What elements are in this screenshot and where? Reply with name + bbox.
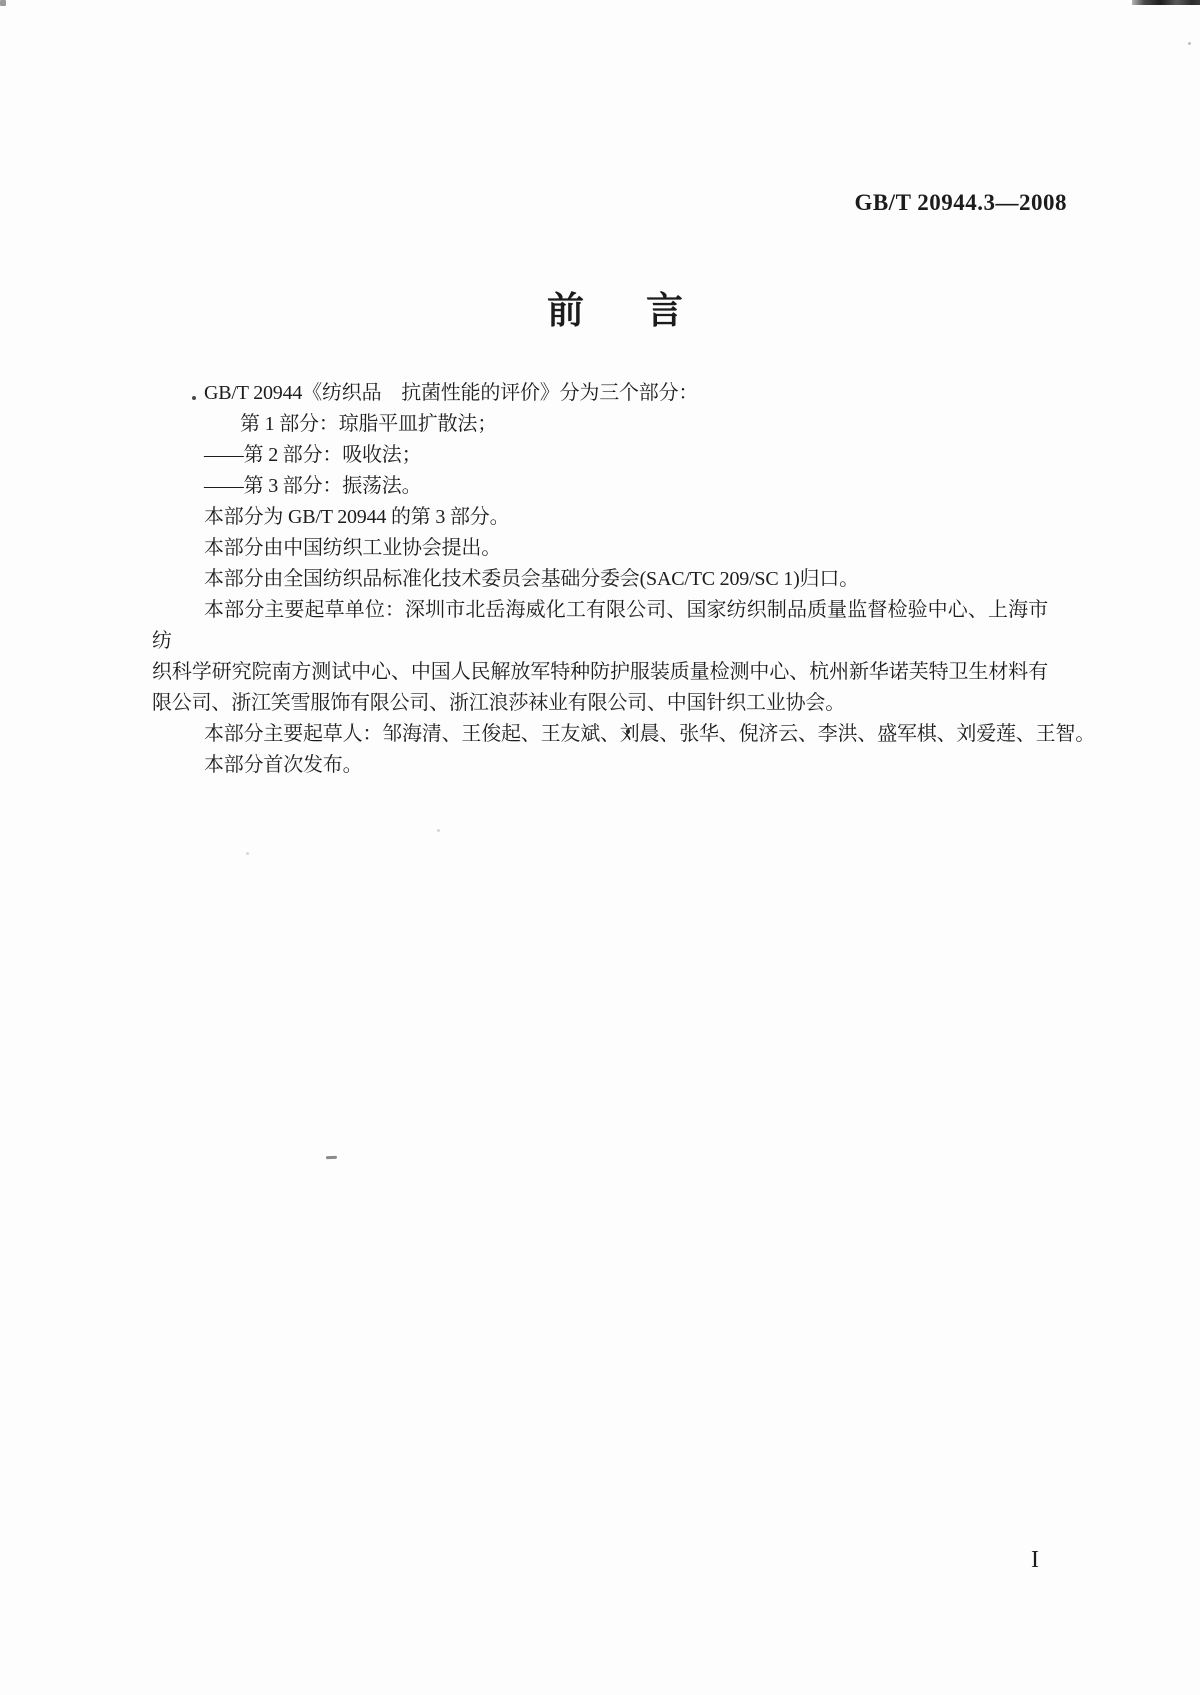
page-title: 前言: [0, 280, 1200, 334]
document-number: GB/T 20944.3—2008: [854, 190, 1067, 216]
foreword-line-part3: ——第 3 部分：振荡法。: [152, 471, 1048, 502]
scan-speck-artifact: [437, 829, 440, 832]
foreword-line-part2: ——第 2 部分：吸收法；: [152, 440, 1048, 471]
foreword-body: GB/T 20944《纺织品 抗菌性能的评价》分为三个部分： 第 1 部分：琼脂…: [152, 378, 1048, 781]
foreword-line-drafting-units-2: 织科学研究院南方测试中心、中国人民解放军特种防护服装质量检测中心、杭州新华诺芙特…: [152, 657, 1048, 688]
scan-streak-artifact: [1132, 0, 1200, 5]
foreword-line-centralized-by: 本部分由全国纺织品标准化技术委员会基础分委会(SAC/TC 209/SC 1)归…: [152, 564, 1048, 595]
scan-speck-artifact: [246, 852, 249, 855]
page-number: I: [1031, 1547, 1039, 1574]
foreword-line-this-part: 本部分为 GB/T 20944 的第 3 部分。: [152, 502, 1048, 533]
foreword-line-drafters: 本部分主要起草人：邹海清、王俊起、王友斌、刘晨、张华、倪济云、李洪、盛军棋、刘爱…: [152, 719, 1048, 750]
foreword-line-drafting-units-1: 本部分主要起草单位：深圳市北岳海威化工有限公司、国家纺织制品质量监督检验中心、上…: [152, 595, 1048, 657]
foreword-line-part1: 第 1 部分：琼脂平皿扩散法；: [152, 409, 1048, 440]
scan-speck-artifact: [0, 0, 6, 6]
scan-speck-artifact: [1188, 42, 1191, 45]
foreword-line-proposed-by: 本部分由中国纺织工业协会提出。: [152, 533, 1048, 564]
foreword-line-drafting-units-3: 限公司、浙江笑雪服饰有限公司、浙江浪莎袜业有限公司、中国针织工业协会。: [152, 688, 1048, 719]
scan-dash-artifact: [326, 1156, 337, 1159]
foreword-line-intro: GB/T 20944《纺织品 抗菌性能的评价》分为三个部分：: [152, 378, 1048, 409]
foreword-line-first-issue: 本部分首次发布。: [152, 750, 1048, 781]
page-title-char-2: 言: [646, 291, 683, 332]
page-title-char-1: 前: [547, 291, 584, 332]
